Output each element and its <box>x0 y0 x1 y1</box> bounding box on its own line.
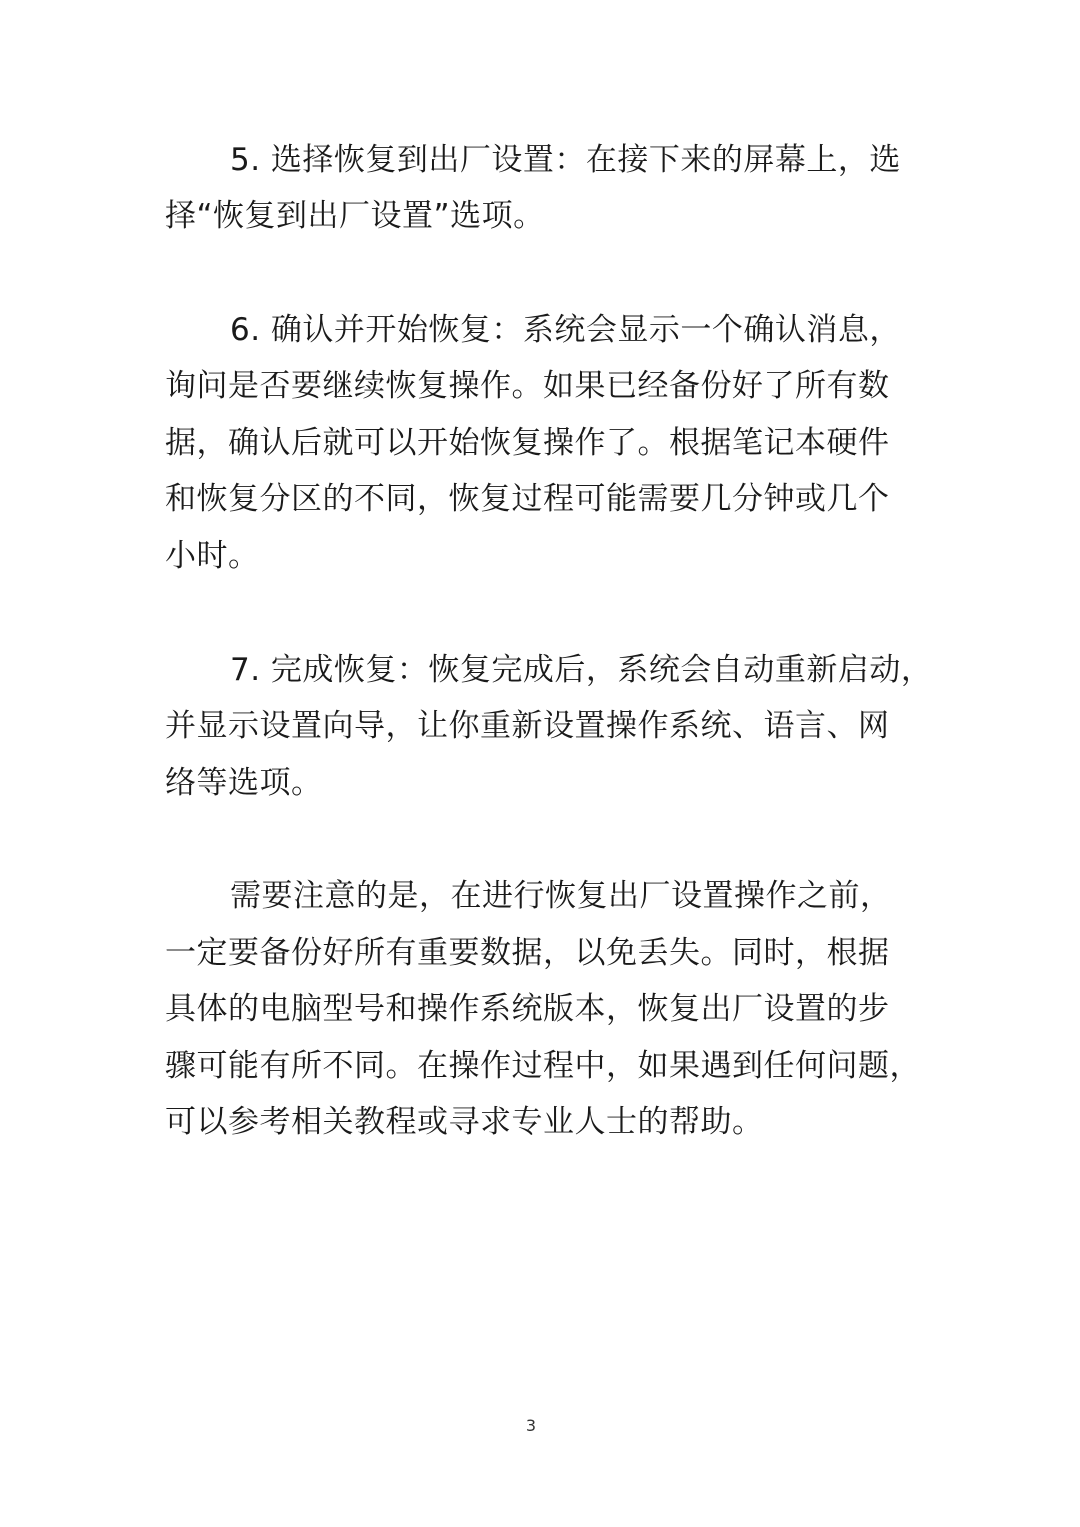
text-line: 一定要备份好所有重要数据，以免丢失。同时，根据 <box>165 933 917 973</box>
text-line: 并显示设置向导，让你重新设置操作系统、语言、网 <box>165 706 917 746</box>
text-line: 7. 完成恢复：恢复完成后，系统会自动重新启动， <box>165 650 917 690</box>
text-line: 据，确认后就可以开始恢复操作了。根据笔记本硬件 <box>165 423 917 463</box>
text-line: 择“恢复到出厂设置”选项。 <box>165 196 917 236</box>
text-line: 5. 选择恢复到出厂设置：在接下来的屏幕上，选 <box>165 140 917 180</box>
text-line: 可以参考相关教程或寻求专业人士的帮助。 <box>165 1102 917 1142</box>
text-line: 小时。 <box>165 536 917 576</box>
text-line: 需要注意的是，在进行恢复出厂设置操作之前， <box>165 876 917 916</box>
document-page: 5. 选择恢复到出厂设置：在接下来的屏幕上，选 择“恢复到出厂设置”选项。 6.… <box>0 0 1080 1527</box>
text-line: 6. 确认并开始恢复：系统会显示一个确认消息， <box>165 310 917 350</box>
page-number: 3 <box>0 1416 1062 1435</box>
text-line: 和恢复分区的不同，恢复过程可能需要几分钟或几个 <box>165 479 917 519</box>
text-line: 询问是否要继续恢复操作。如果已经备份好了所有数 <box>165 366 917 406</box>
text-line: 具体的电脑型号和操作系统版本，恢复出厂设置的步 <box>165 989 917 1029</box>
text-line: 骤可能有所不同。在操作过程中，如果遇到任何问题， <box>165 1046 917 1086</box>
text-line: 络等选项。 <box>165 763 917 803</box>
